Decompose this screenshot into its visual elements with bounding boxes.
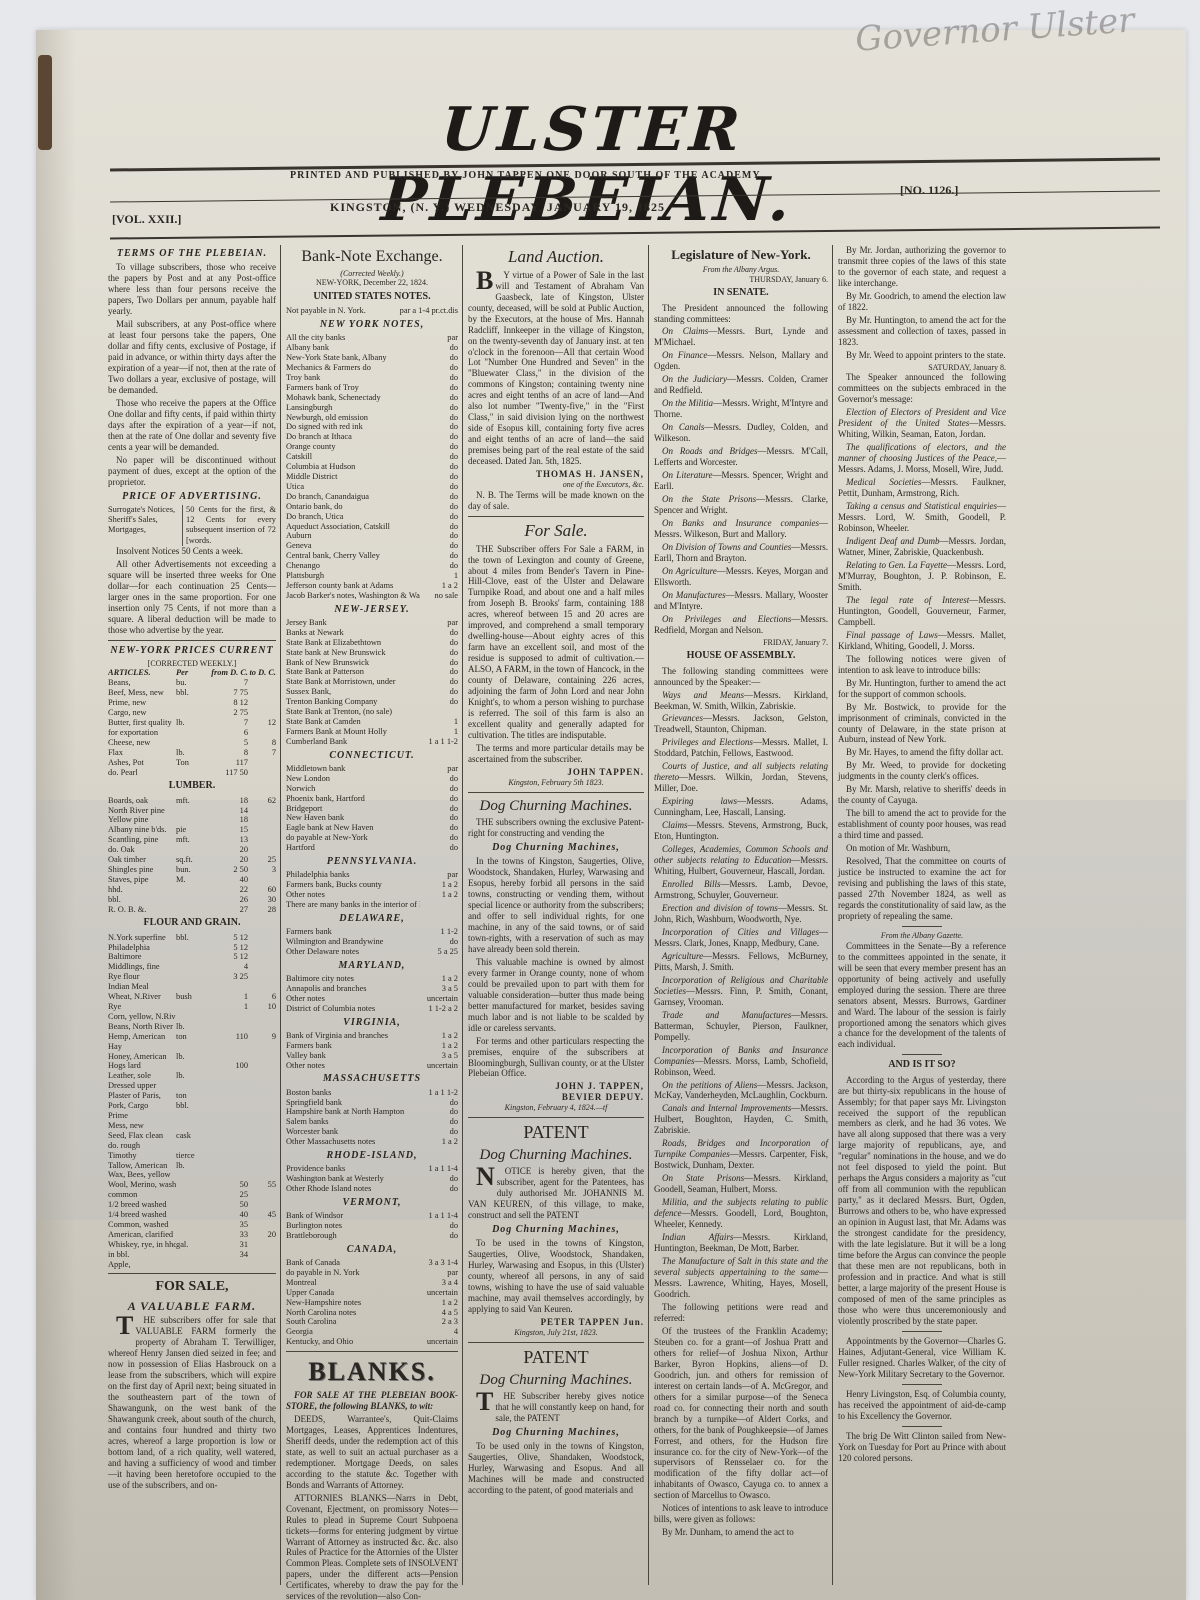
bank-row: Worcester bankdo [286,1127,458,1137]
bank-rate: do [420,843,458,853]
price-to [248,1240,276,1250]
price-to [248,758,276,768]
bank-rate: do [420,1107,458,1117]
bank-name: Farmers bank [286,927,420,937]
and-is-it-so-title: AND IS IT SO? [838,1059,1006,1071]
price-article: common [108,1190,176,1200]
price-unit [176,1220,206,1230]
bank-rate: do [420,794,458,804]
committee-name: On Finance [662,350,707,360]
bank-row: Georgia4 [286,1327,458,1337]
committee-members: —Messrs. Goodell, Lord, Boughton, Wheele… [654,1208,828,1229]
last-line: By Mr. Dunham, to amend the act to [654,1527,828,1538]
bank-rate: do [420,1221,458,1231]
bank-name: New London [286,774,420,784]
bank-sections: NEW YORK NOTES,All the city banksparAlba… [286,319,458,1347]
price-unit [176,962,206,972]
bank-name: Brattleborough [286,1231,420,1241]
price-unit [176,1111,206,1121]
price-row: Prime, new8 12 [108,698,276,708]
price-article: N.York superfine [108,933,176,943]
price-from [206,1121,248,1131]
bank-rate: par [420,333,458,343]
bank-name: Kentucky, and Ohio [286,1337,420,1347]
price-to [248,875,276,885]
price-to: 6 [248,992,276,1002]
advertising-rate: 50 Cents for the first, & 12 Cents for e… [182,505,276,546]
price-to [248,698,276,708]
bank-name: Bank of Virginia and branches [286,1031,420,1041]
price-from: 27 [206,905,248,915]
price-unit [176,815,206,825]
torn-binding-edge [38,55,52,150]
bank-row: Banks at Newarkdo [286,628,458,638]
price-to [248,972,276,982]
bank-name: Springfield bank [286,1098,420,1108]
price-row: North River pine14 [108,806,276,816]
price-from: 3 25 [206,972,248,982]
price-row: Wool, Merino, washed5055 [108,1180,276,1190]
price-from [206,1131,248,1141]
bank-row: Troy bankdo [286,373,458,383]
bank-row: Farmers bank of Troydo [286,383,458,393]
price-row: Ashes, PotTon117 [108,758,276,768]
price-from [206,1151,248,1161]
price-from: 100 [206,1061,248,1071]
price-article: Rye [108,1002,176,1012]
price-from: 13 [206,835,248,845]
price-from: 14 [206,806,248,816]
price-row: Plaster of Paris,ton [108,1091,276,1101]
advertising-item: Mortgages, [108,525,178,535]
bank-name: Middletown bank [286,764,420,774]
bank-row: Catskilldo [286,452,458,462]
bank-row: Central bank, Cherry Valleydo [286,551,458,561]
price-row: Whiskey, rye, in hhds.gal.31 [108,1240,276,1250]
price-from [206,1111,248,1121]
bank-rate: 1 [420,571,458,581]
committee-item: Canals and Internal Improvements—Messrs.… [654,1103,828,1136]
price-row: Baltimore5 12 [108,952,276,962]
price-article: Philadelphia [108,943,176,953]
bank-row: Wilmington and Brandywinedo [286,937,458,947]
price-row: Oak timbersq.ft.2025 [108,855,276,865]
dog-churning-intro: THE subscribers owning the exclusive Pat… [468,817,644,839]
bank-row: Salem banksdo [286,1117,458,1127]
legislature-day-1: THURSDAY, January 6. [654,275,828,285]
committee-item: On the petitions of Aliens—Messrs. Jacks… [654,1080,828,1102]
price-article: bbl. [108,895,176,905]
price-row: American, clarified3320 [108,1230,276,1240]
bank-name: North Carolina notes [286,1308,420,1318]
price-to [248,1061,276,1071]
price-to [248,952,276,962]
bank-name: State Bank at Trenton, (no sale) [286,707,420,717]
price-from: 35 [206,1220,248,1230]
committee-item: Roads, Bridges and Incorporation of Turn… [654,1138,828,1171]
price-row: Cargo, new2 75 [108,708,276,718]
bank-rate: 1 a 2 [420,1031,458,1041]
price-to [248,1012,276,1022]
bank-name: do payable at New-York [286,833,420,843]
price-from: 50 [206,1180,248,1190]
price-from: 33 [206,1230,248,1240]
bank-name: District of Columbia notes [286,1004,420,1014]
bank-row: do payable in N. Yorkpar [286,1268,458,1278]
price-to [248,933,276,943]
bank-name: State bank at New Brunswick [286,648,420,658]
committee-item: On the Militia—Messrs. Wright, M'Intyre … [654,398,828,420]
senate-committee-list: On Claims—Messrs. Burt, Lynde and M'Mich… [654,326,828,635]
patent-text-2: To be used in the towns of Kingston, Sau… [468,1238,644,1315]
bank-name: Mohawk bank, Schenectady [286,393,420,403]
price-article: Albany nine b'ds. [108,825,176,835]
price-row: Honey, Americanlb. [108,1052,276,1062]
bank-row: Phoenix bank, Hartforddo [286,794,458,804]
column-legislature-continued: By Mr. Jordan, authorizing the governor … [838,245,1006,1466]
price-article: Prime [108,1111,176,1121]
bank-row: Middletown bankpar [286,764,458,774]
committee-name: Canals and Internal Improvements [662,1103,791,1113]
bank-rate: 1 1-2 a 2 [420,1004,458,1014]
bank-rate: do [420,784,458,794]
bank-name: Georgia [286,1327,420,1337]
price-to: 55 [248,1180,276,1190]
committee-name: On the Militia [662,398,713,408]
bank-row: Eagle bank at New Havendo [286,823,458,833]
price-article: American, clarified [108,1230,176,1240]
bank-rate: 1 a 1 1-2 [420,1088,458,1098]
price-from: 31 [206,1240,248,1250]
bank-name: Ontario bank, do [286,502,420,512]
committee-item: Agriculture—Messrs. Fellows, McBurney, P… [654,951,828,973]
bank-section-title: CONNECTICUT. [286,750,458,762]
bank-rate: do [420,512,458,522]
committee-name: On State Prisons [662,1173,744,1183]
price-unit [176,952,206,962]
price-from: 117 [206,758,248,768]
price-unit [176,768,206,778]
committee-name: On the Judiciary [662,374,727,384]
bank-rate: 1 [420,727,458,737]
price-unit: lb. [176,1052,206,1062]
patent-date: Kingston, July 21st, 1823. [468,1328,644,1338]
committee-name: On Manufactures [662,590,726,600]
price-article: Prime, new [108,698,176,708]
bank-name: Hampshire bank at North Hampton [286,1107,420,1117]
bank-name: All the city banks [286,333,420,343]
price-unit [176,972,206,982]
committee-item: Incorporation of Religious and Charitabl… [654,975,828,1008]
committee-name: Enrolled Bills [662,879,721,889]
bank-row: North Carolina notes4 a 5 [286,1308,458,1318]
committee-item: Ways and Means—Messrs. Kirkland, Beekman… [654,690,828,712]
price-unit [176,1230,206,1240]
price-article: Cheese, new [108,738,176,748]
committee-item: The legal rate of Interest—Messrs. Hunti… [838,595,1006,628]
bank-rate: do [420,1098,458,1108]
committee-name: Trade and Manufactures [662,1010,791,1020]
committees-text: Committees in the Senate—By a reference … [838,941,1006,1051]
price-row: Seed, Flax cleancask [108,1131,276,1141]
committee-item: On Finance—Messrs. Nelson, Mallary and O… [654,350,828,372]
price-unit: Ton [176,758,206,768]
advertising-title: PRICE OF ADVERTISING. [108,491,276,503]
price-article: Dressed upper [108,1081,176,1091]
price-to: 30 [248,895,276,905]
committee-item: Relating to Gen. La Fayette—Messrs. Lord… [838,560,1006,593]
for-sale-text: THE Subscriber offers For Sale a FARM, i… [468,544,644,741]
livingston-text: Henry Livingston, Esq. of Columbia count… [838,1389,1006,1422]
section-divider [468,1342,644,1343]
bank-rate: 1 a 1 1-4 [420,1164,458,1174]
committee-item: Final passage of Laws—Messrs. Mallet, Ki… [838,630,1006,652]
committee-item: Indigent Deaf and Dumb—Messrs. Jordan, W… [838,536,1006,558]
price-unit: lb. [176,1022,206,1032]
dateline: KINGSTON, (N. Y.) WEDNESDAY, JANUARY 19,… [330,200,665,215]
bank-rate: uncertain [420,1288,458,1298]
dog-churning-title: Dog Churning Machines. [468,797,644,815]
price-row: N.York superfinebbl.5 12 [108,933,276,943]
committee-name: On Agriculture [662,566,717,576]
column-rule [832,245,833,1585]
price-unit [176,1250,206,1260]
price-article: 1/2 breed washed [108,1200,176,1210]
bank-name: South Carolina [286,1317,420,1327]
bank-name: Do branch, Canandaigua [286,492,420,502]
bank-row: New-York State bank, Albanydo [286,353,458,363]
committee-name: The qualifications of electors, and the … [838,442,1006,463]
price-to [248,1101,276,1111]
price-to [248,1151,276,1161]
patent-2-subtitle: Dog Churning Machines. [468,1371,644,1389]
column-rule [648,245,649,1585]
price-unit [176,845,206,855]
price-row: Butter, first qualitylb.712 [108,718,276,728]
bank-name: Orange county [286,442,420,452]
price-row: Hemp, Americanton1109 [108,1032,276,1042]
price-from: 6 [206,728,248,738]
price-row: Common, washed35 [108,1220,276,1230]
price-row: do. rough [108,1141,276,1151]
bank-row: Cumberland Bank1 a 1 1-2 [286,737,458,747]
bank-name: Aqueduct Association, Catskill [286,522,420,532]
bank-row: All the city bankspar [286,333,458,343]
price-unit [176,1200,206,1210]
dog-churning-text-2: This valuable machine is owned by almost… [468,957,644,1034]
bank-section-title: NEW YORK NOTES, [286,319,458,331]
price-to: 28 [248,905,276,915]
price-to: 9 [248,1032,276,1042]
price-from: 20 [206,845,248,855]
bank-rate: 1 1-2 [420,927,458,937]
bank-rate: 1 a 2 [420,1041,458,1051]
bank-rate: do [420,422,458,432]
patent-subtitle-2: Dog Churning Machines, [468,1224,644,1236]
bank-name: Farmers bank of Troy [286,383,420,393]
bank-name: Other Massachusetts notes [286,1137,420,1147]
terms-title: TERMS OF THE PLEBEIAN. [108,248,276,260]
bank-exchange-subtitle: (Corrected Weekly.) [286,269,458,279]
price-from: 1 [206,992,248,1002]
price-article: Beans, North River [108,1022,176,1032]
price-article: Wax, Bees, yellow [108,1170,176,1180]
bank-row: Farmers bank, Bucks county1 a 2 [286,880,458,890]
price-unit: M. [176,875,206,885]
notice-item: By Mr. Weed to appoint printers to the s… [838,350,1006,361]
bank-name: State Bank at Patterson [286,667,420,677]
us-notes-title: UNITED STATES NOTES. [286,291,458,303]
bank-rate: do [420,1231,458,1241]
legislature-source: From the Albany Argus. [654,265,828,275]
column-legislature: Legislature of New-York. From the Albany… [654,245,828,1540]
price-to: 62 [248,796,276,806]
column-rule [280,245,281,1585]
sale-signer: JOHN TAPPEN. [468,767,644,778]
price-to [248,825,276,835]
notice-item: On motion of Mr. Washburn, [838,843,1006,854]
price-to [248,1111,276,1121]
price-article: Timothy [108,1151,176,1161]
bank-rate: do [420,472,458,482]
section-divider [286,1351,458,1352]
bank-row: Other Delaware notes5 a 25 [286,947,458,957]
blanks-subtitle: FOR SALE AT THE PLEBEIAN BOOK-STORE, the… [286,1390,458,1412]
terms-paragraph: Those who receive the papers at the Offi… [108,398,276,453]
bank-rate: do [420,1184,458,1194]
bank-row: State Bank at Morristown, underdo [286,677,458,687]
price-row: Mess, new [108,1121,276,1131]
price-row: Wheat, N.Riverbush16 [108,992,276,1002]
price-to [248,1141,276,1151]
bank-row: Newburgh, old emissiondo [286,413,458,423]
price-from: 2 75 [206,708,248,718]
bank-row: Mechanics & Farmers dodo [286,363,458,373]
advertising-paragraph: All other Advertisements not exceeding a… [108,559,276,636]
bank-section-title: PENNSYLVANIA. [286,856,458,868]
committee-item: On Roads and Bridges—Messrs. M'Call, Lef… [654,446,828,468]
committee-item: On Canals—Messrs. Dudley, Colden, and Wi… [654,422,828,444]
flour-title: FLOUR AND GRAIN. [108,917,276,929]
bank-rate: do [420,492,458,502]
price-article: Staves, pipe [108,875,176,885]
committee-item: On the State Prisons—Messrs. Clarke, Spe… [654,494,828,516]
price-row: for exportation6 [108,728,276,738]
bank-name: Providence banks [286,1164,420,1174]
bank-row: Do signed with red inkdo [286,422,458,432]
price-unit: pie [176,825,206,835]
auction-signer-role: one of the Executors, &c. [468,480,644,490]
price-from: 50 [206,1200,248,1210]
bank-rate: do [420,403,458,413]
bank-name: New-Hampshire notes [286,1298,420,1308]
bank-section-title: MASSACHUSETTS [286,1073,458,1085]
price-from [206,1091,248,1101]
price-from: 8 [206,748,248,758]
price-to [248,768,276,778]
bank-name: Central bank, Cherry Valley [286,551,420,561]
notice-item: By Mr. Weed, to provide for docketing ju… [838,760,1006,782]
bank-name: Catskill [286,452,420,462]
price-row: common25 [108,1190,276,1200]
price-row: Prime [108,1111,276,1121]
bank-row: Hampshire bank at North Hamptondo [286,1107,458,1117]
bank-rate: do [420,353,458,363]
price-article: Butter, first quality [108,718,176,728]
section-divider [108,1273,276,1274]
notice-item: By Mr. Marsh, relative to sheriffs' deed… [838,784,1006,806]
price-article: Seed, Flax clean [108,1131,176,1141]
patent-text: NOTICE is hereby given, that the subscri… [468,1166,644,1221]
bank-rate: do [420,373,458,383]
bank-row: Upper Canadauncertain [286,1288,458,1298]
bank-row: South Carolina2 a 3 [286,1317,458,1327]
committee-item: Erection and division of towns—Messrs. S… [654,903,828,925]
top-text: By Mr. Jordan, authorizing the governor … [838,245,1006,289]
speaker-committee-list: Election of Electors of President and Vi… [838,407,1006,651]
blanks-paragraph: DEEDS, Warrantee's, Quit-Claims Mortgage… [286,1414,458,1491]
land-auction-title: Land Auction. [468,247,644,268]
price-from: 18 [206,815,248,825]
bank-row: Jersey Bankpar [286,618,458,628]
bank-name: Jersey Bank [286,618,420,628]
legislature-day-2: FRIDAY, January 7. [654,638,828,648]
bank-rate: 1 a 1 1-4 [420,1211,458,1221]
price-to [248,1161,276,1171]
patent-title: PATENT [468,1122,644,1144]
patent-2-text: THE Subscriber hereby gives notice that … [468,1391,644,1424]
bank-name: There are many banks in the interior of … [286,900,420,910]
bank-rate: do [420,482,458,492]
bank-rate: 1 a 2 [420,1137,458,1147]
price-unit [176,1061,206,1071]
committee-item: Enrolled Bills—Messrs. Lamb, Devoe, Arms… [654,879,828,901]
bank-name: Utica [286,482,420,492]
bank-rate: do [420,442,458,452]
price-unit: ton [176,1091,206,1101]
price-row: 1/2 breed washed50 [108,1200,276,1210]
bank-name: Bank of New Brunswick [286,658,420,668]
committee-name: Ways and Means [662,690,744,700]
committee-name: Relating to Gen. La Fayette [846,560,947,570]
price-article: Plaster of Paris, [108,1091,176,1101]
bank-row: Chenangodo [286,561,458,571]
price-to: 8 [248,738,276,748]
price-article: North River pine [108,806,176,816]
terms-paragraph: To village subscribers, those who receiv… [108,262,276,317]
bank-name: Eagle bank at New Haven [286,823,420,833]
petitions-text: Of the trustees of the Franklin Academy;… [654,1326,828,1502]
bank-name: Auburn [286,531,420,541]
bank-rate: 3 a 5 [420,1051,458,1061]
committee-item: On the Judiciary—Messrs. Colden, Cramer … [654,374,828,396]
price-to [248,728,276,738]
bank-row: There are many banks in the interior of … [286,900,458,910]
bank-row: Lansingburghdo [286,403,458,413]
blanks-title: BLANKS. [286,1356,458,1388]
committee-item: Trade and Manufactures—Messrs. Batterman… [654,1010,828,1043]
price-article: 1/4 breed washed [108,1210,176,1220]
bank-row: Other Massachusetts notes1 a 2 [286,1137,458,1147]
bank-name: Cumberland Bank [286,737,420,747]
column-terms-prices: TERMS OF THE PLEBEIAN. To village subscr… [108,245,276,1493]
bank-name: Albany bank [286,343,420,353]
bank-rate: 2 a 3 [420,1317,458,1327]
price-row: Yellow pine18 [108,815,276,825]
price-article: Shingles pine [108,865,176,875]
bank-rate: do [420,937,458,947]
bank-rate: 5 a 25 [420,947,458,957]
